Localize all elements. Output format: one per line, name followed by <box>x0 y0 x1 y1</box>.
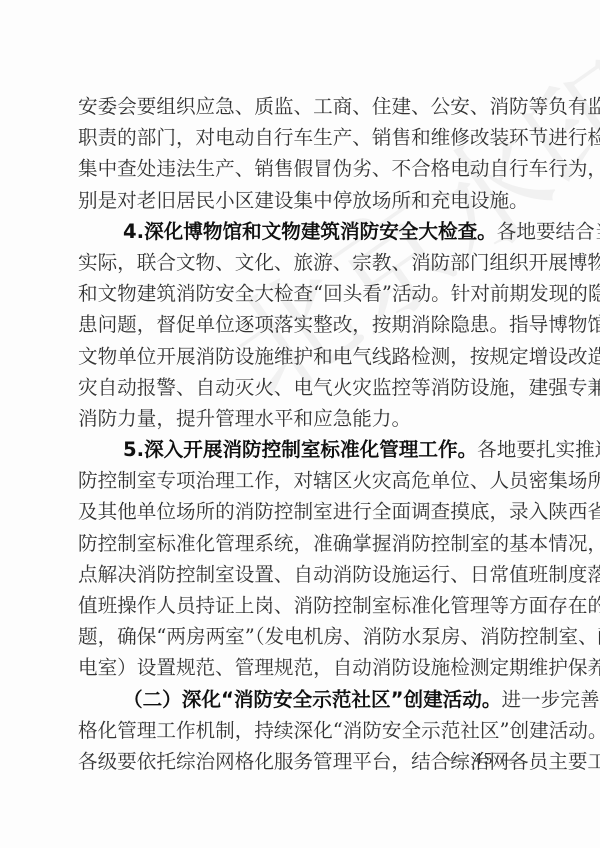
heading-text: 5.深入开展消防控制室标准化管理工作。 <box>123 438 477 461</box>
line-text: 及其他单位场所的消防控制室进行全面调查摸底，录入陕西省消 <box>78 500 600 523</box>
text-line: 电室）设置规范、管理规范，自动消防设施检测定期维护保养。 <box>78 652 536 683</box>
heading-text: （二）深化“消防安全示范社区”创建活动。 <box>123 688 501 711</box>
line-text: 实际，联合文物、文化、旅游、宗教、消防部门组织开展博物馆 <box>78 251 600 274</box>
text-line: 及其他单位场所的消防控制室进行全面调查摸底，录入陕西省消 <box>78 496 536 527</box>
body-text: 安委会要组织应急、质监、工商、住建、公安、消防等负有监管 职责的部门，对电动自行… <box>78 91 536 777</box>
line-text: 文物单位开展消防设施维护和电气线路检测，按规定增设改造火 <box>78 345 600 368</box>
text-line: 题，确保“两房两室”（发电机房、消防水泵房、消防控制室、配 <box>78 621 536 652</box>
text-line: 患问题，督促单位逐项落实整改，按期消除隐患。指导博物馆、 <box>78 309 536 340</box>
document-page: 北京水印 安委会要组织应急、质监、工商、住建、公安、消防等负有监管 职责的部门，… <box>0 0 600 848</box>
line-text: 各地要扎实推进消 <box>477 438 600 461</box>
line-text: 各地要结合当地 <box>497 220 600 243</box>
text-line: 灾自动报警、自动灭火、电气火灾监控等消防设施，建强专兼职 <box>78 372 536 403</box>
line-text: 格化管理工作机制，持续深化“消防安全示范社区”创建活动。 <box>78 719 600 742</box>
line-text: 防控制室专项治理工作，对辖区火灾高危单位、人员密集场所以 <box>78 469 600 492</box>
line-text: 职责的部门，对电动自行车生产、销售和维修改装环节进行检查， <box>78 126 600 149</box>
text-line: 点解决消防控制室设置、自动消防设施运行、日常值班制度落实、 <box>78 559 536 590</box>
line-text: 值班操作人员持证上岗、消防控制室标准化管理等方面存在的问 <box>78 594 600 617</box>
text-line: 集中查处违法生产、销售假冒伪劣、不合格电动自行车行为，特 <box>78 153 536 184</box>
line-text: 各级要依托综治网格化服务管理平台，结合综治网各员主要工作 <box>78 750 600 773</box>
line-text: 题，确保“两房两室”（发电机房、消防水泵房、消防控制室、配 <box>78 625 600 648</box>
text-line: 安委会要组织应急、质监、工商、住建、公安、消防等负有监管 <box>78 91 536 122</box>
text-line: 别是对老旧居民小区建设集中停放场所和充电设施。 <box>78 185 536 216</box>
text-line: 防控制室专项治理工作，对辖区火灾高危单位、人员密集场所以 <box>78 465 536 496</box>
line-text: 别是对老旧居民小区建设集中停放场所和充电设施。 <box>78 189 529 212</box>
text-line: 实际，联合文物、文化、旅游、宗教、消防部门组织开展博物馆 <box>78 247 536 278</box>
line-text: 防控制室标准化管理系统，准确掌握消防控制室的基本情况，重 <box>78 532 600 555</box>
heading-text: 4.深化博物馆和文物建筑消防安全大检查。 <box>123 220 497 243</box>
text-line: 消防力量，提升管理水平和应急能力。 <box>78 403 536 434</box>
line-text: 点解决消防控制室设置、自动消防设施运行、日常值班制度落实、 <box>78 563 600 586</box>
line-text: 集中查处违法生产、销售假冒伪劣、不合格电动自行车行为，特 <box>78 157 600 180</box>
section-heading-4: 4.深化博物馆和文物建筑消防安全大检查。各地要结合当地 <box>78 216 536 247</box>
text-line: 值班操作人员持证上岗、消防控制室标准化管理等方面存在的问 <box>78 590 536 621</box>
line-text: 患问题，督促单位逐项落实整改，按期消除隐患。指导博物馆、 <box>78 313 600 336</box>
page-number: — 45 — <box>448 749 520 769</box>
text-line: 防控制室标准化管理系统，准确掌握消防控制室的基本情况，重 <box>78 528 536 559</box>
section-heading-2: （二）深化“消防安全示范社区”创建活动。进一步完善网 <box>78 684 536 715</box>
text-line: 文物单位开展消防设施维护和电气线路检测，按规定增设改造火 <box>78 341 536 372</box>
line-text: 安委会要组织应急、质监、工商、住建、公安、消防等负有监管 <box>78 95 600 118</box>
section-heading-5: 5.深入开展消防控制室标准化管理工作。各地要扎实推进消 <box>78 434 536 465</box>
text-line: 和文物建筑消防安全大检查“回头看”活动。针对前期发现的隐 <box>78 278 536 309</box>
line-text: 和文物建筑消防安全大检查“回头看”活动。针对前期发现的隐 <box>78 282 600 305</box>
text-line: 职责的部门，对电动自行车生产、销售和维修改装环节进行检查， <box>78 122 536 153</box>
text-line: 格化管理工作机制，持续深化“消防安全示范社区”创建活动。 <box>78 715 536 746</box>
line-text: 消防力量，提升管理水平和应急能力。 <box>78 407 411 430</box>
line-text: 电室）设置规范、管理规范，自动消防设施检测定期维护保养。 <box>78 656 600 679</box>
line-text: 灾自动报警、自动灭火、电气火灾监控等消防设施，建强专兼职 <box>78 376 600 399</box>
line-text: 进一步完善网 <box>501 688 600 711</box>
